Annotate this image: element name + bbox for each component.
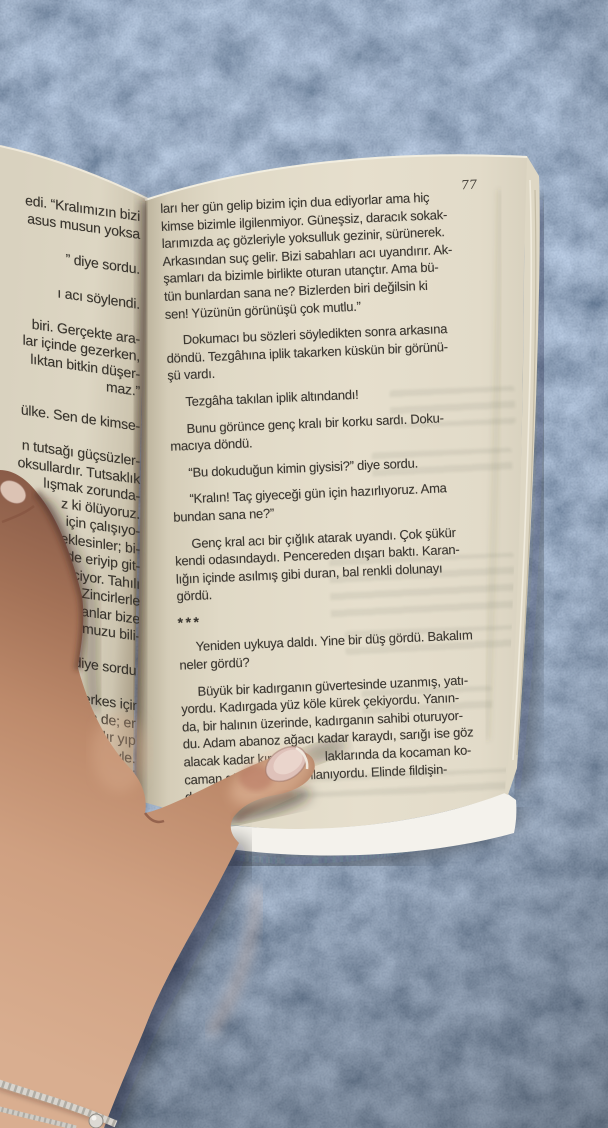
bracelet-bead-highlight	[92, 1116, 97, 1121]
bracelet-bead	[89, 1114, 103, 1128]
palm-highlight	[92, 712, 148, 792]
hand	[0, 0, 608, 1128]
photo-of-open-book: edi. “Kralımızın bizi asus musun yoksa ”…	[0, 0, 608, 1128]
